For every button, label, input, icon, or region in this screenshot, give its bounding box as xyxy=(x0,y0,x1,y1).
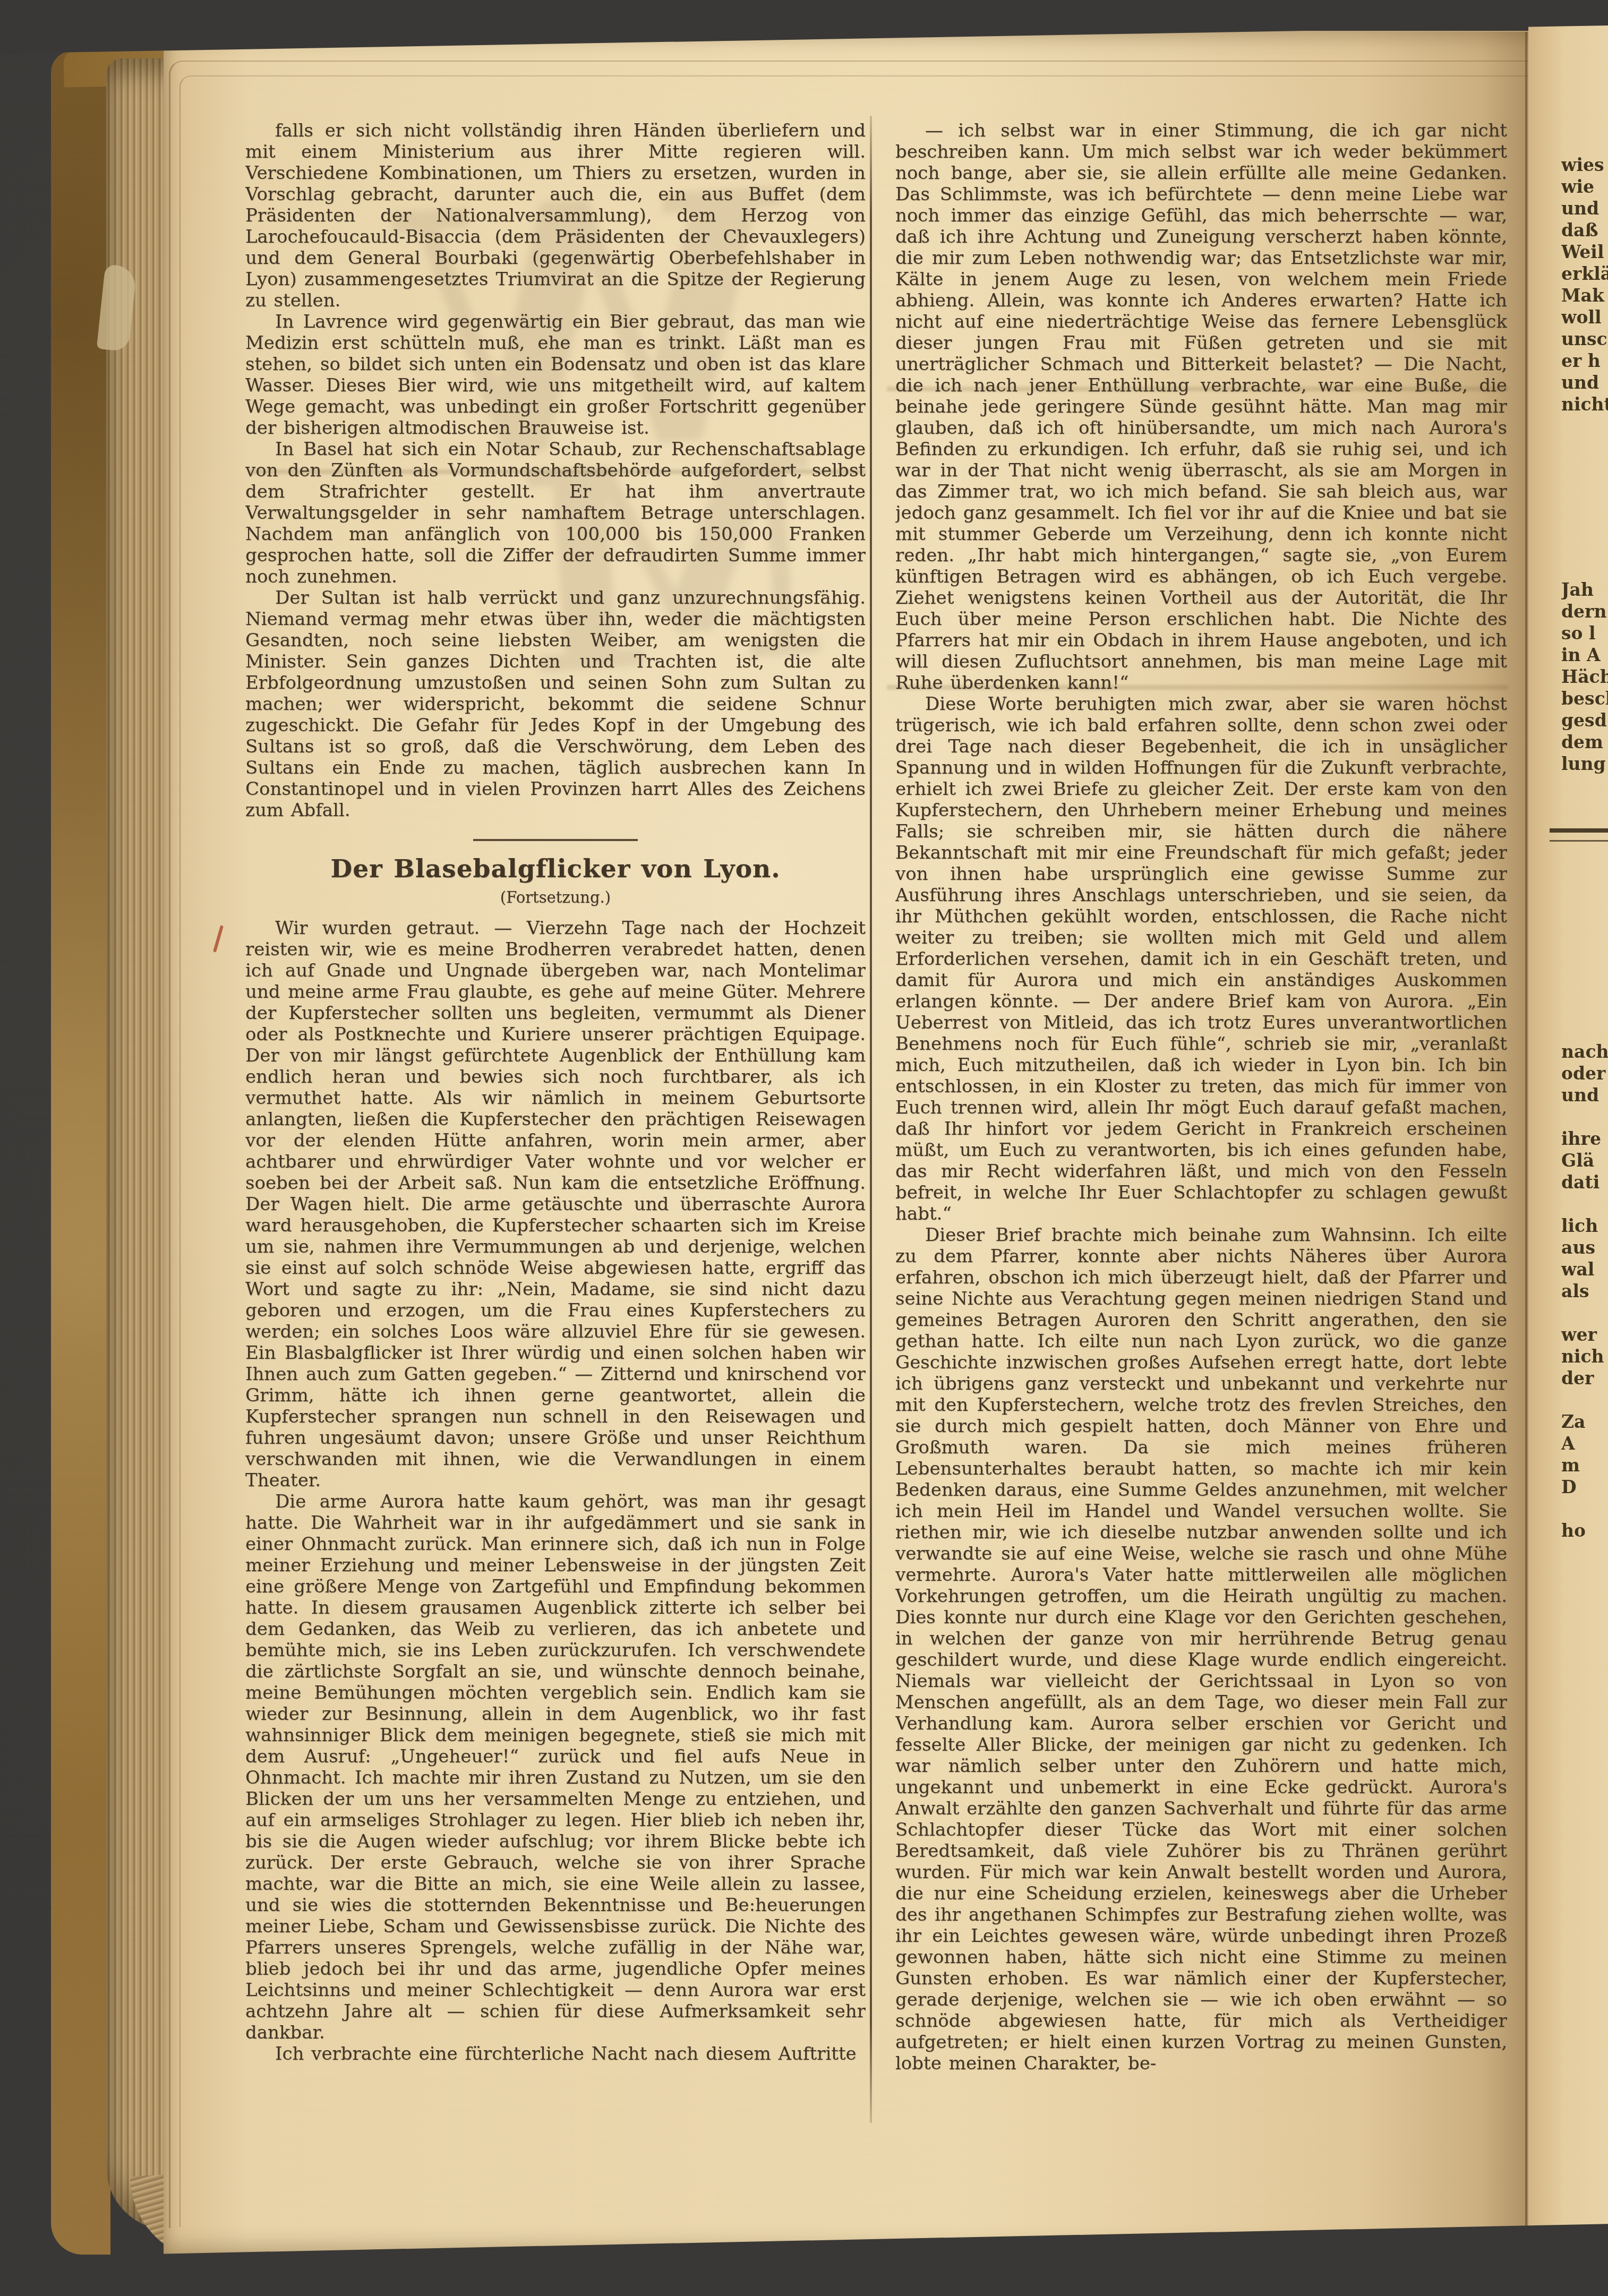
article-subtitle: (Fortsetzung.) xyxy=(245,887,866,908)
fragment-line: Jah xyxy=(1561,579,1608,601)
article-title: Der Blasebalgflicker von Lyon. xyxy=(245,855,866,884)
column-divider-rule xyxy=(870,116,872,2123)
newspaper-paragraph: Diese Worte beruhigten mich zwar, aber s… xyxy=(895,693,1507,1224)
left-column: falls er sich nicht vollständig ihren Hä… xyxy=(245,120,866,2127)
fragment-line xyxy=(1561,1389,1608,1411)
fragment-line: wie xyxy=(1561,176,1608,198)
fragment-line: Mak xyxy=(1561,285,1608,306)
fragment-line: wer xyxy=(1561,1324,1608,1346)
fragment-line: lich xyxy=(1561,1215,1608,1237)
fragment-line: nicht xyxy=(1561,393,1608,415)
fragment-line xyxy=(1561,1498,1608,1520)
fragment-line: unsch xyxy=(1561,328,1608,350)
fragment-line: nich xyxy=(1561,1346,1608,1367)
fragment-line: wal xyxy=(1561,1258,1608,1280)
fragment-line xyxy=(1561,1302,1608,1324)
fragment-line: m xyxy=(1561,1454,1608,1476)
fragment-line: Weil xyxy=(1561,241,1608,263)
newspaper-paragraph: Wir wurden getraut. — Vierzehn Tage nach… xyxy=(245,918,866,1491)
photo-of-newspaper-page: W M falls er sich nicht vollständig ihre… xyxy=(0,0,1608,2296)
newspaper-paragraph: falls er sich nicht vollständig ihren Hä… xyxy=(245,120,866,311)
fragment-line: gesd xyxy=(1561,709,1608,731)
fragment-line: erklä xyxy=(1561,263,1608,285)
fragment-line: und xyxy=(1561,198,1608,219)
fragment-line: besch xyxy=(1561,688,1608,709)
adjacent-page-text-fragments: Jahdernso lin AHächbeschgesddemlung xyxy=(1561,579,1608,802)
fragment-line: und xyxy=(1561,372,1608,393)
book-cover-edge xyxy=(51,51,110,2255)
fragment-line xyxy=(1561,1106,1608,1128)
fragment-line: dem xyxy=(1561,731,1608,753)
newspaper-paragraph: Dieser Brief brachte mich beinahe zum Wa… xyxy=(895,1224,1507,2074)
fragment-line: daß xyxy=(1561,219,1608,241)
fragment-line: oder xyxy=(1561,1063,1608,1084)
section-divider-rule xyxy=(473,839,638,841)
fragment-line: lung xyxy=(1561,753,1608,775)
newspaper-paragraph: Die arme Aurora hatte kaum gehört, was m… xyxy=(245,1491,866,2043)
fragment-line: Glä xyxy=(1561,1150,1608,1171)
fragment-line: dati xyxy=(1561,1171,1608,1193)
right-column: — ich selbst war in einer Stimmung, die … xyxy=(895,120,1507,2127)
fragment-line: aus xyxy=(1561,1237,1608,1258)
fragment-line: er h xyxy=(1561,350,1608,372)
newspaper-paragraph: Ich verbrachte eine fürchterliche Nacht … xyxy=(245,2043,866,2064)
newspaper-paragraph: In Basel hat sich ein Notar Schaub, zur … xyxy=(245,439,866,587)
fragment-line: und xyxy=(1561,1084,1608,1106)
fragment-line: wies xyxy=(1561,154,1608,176)
fragment-line: D xyxy=(1561,1476,1608,1498)
article-body-left: Wir wurden getraut. — Vierzehn Tage nach… xyxy=(245,918,866,2064)
fragment-line: woll xyxy=(1561,306,1608,328)
news-items: falls er sich nicht vollständig ihren Hä… xyxy=(245,120,866,821)
fragment-line: ihre xyxy=(1561,1128,1608,1150)
fragment-line xyxy=(1561,1193,1608,1215)
fragment-line: ho xyxy=(1561,1520,1608,1541)
adjacent-page-double-rule xyxy=(1550,828,1608,842)
adjacent-page-text-fragments: wieswieunddaßWeilerkläMakwollunscher hun… xyxy=(1561,154,1608,419)
fragment-line: so l xyxy=(1561,622,1608,644)
fragment-line: dern xyxy=(1561,601,1608,622)
newspaper-paragraph: — ich selbst war in einer Stimmung, die … xyxy=(895,120,1507,693)
fragment-line: Za xyxy=(1561,1411,1608,1433)
fragment-line: Häch xyxy=(1561,666,1608,688)
adjacent-page-text-fragments: nachoderundihreGlädatilichauswalalswerni… xyxy=(1561,1041,1608,2156)
fragment-line: der xyxy=(1561,1367,1608,1389)
newspaper-paragraph: Der Sultan ist halb verrückt und ganz un… xyxy=(245,587,866,821)
fragment-line: in A xyxy=(1561,644,1608,666)
newspaper-paragraph: In Lavrence wird gegenwärtig ein Bier ge… xyxy=(245,311,866,439)
fragment-line: als xyxy=(1561,1280,1608,1302)
fragment-line: nach xyxy=(1561,1041,1608,1063)
page-fold-line xyxy=(1525,32,1527,2230)
fragment-line: A xyxy=(1561,1433,1608,1454)
